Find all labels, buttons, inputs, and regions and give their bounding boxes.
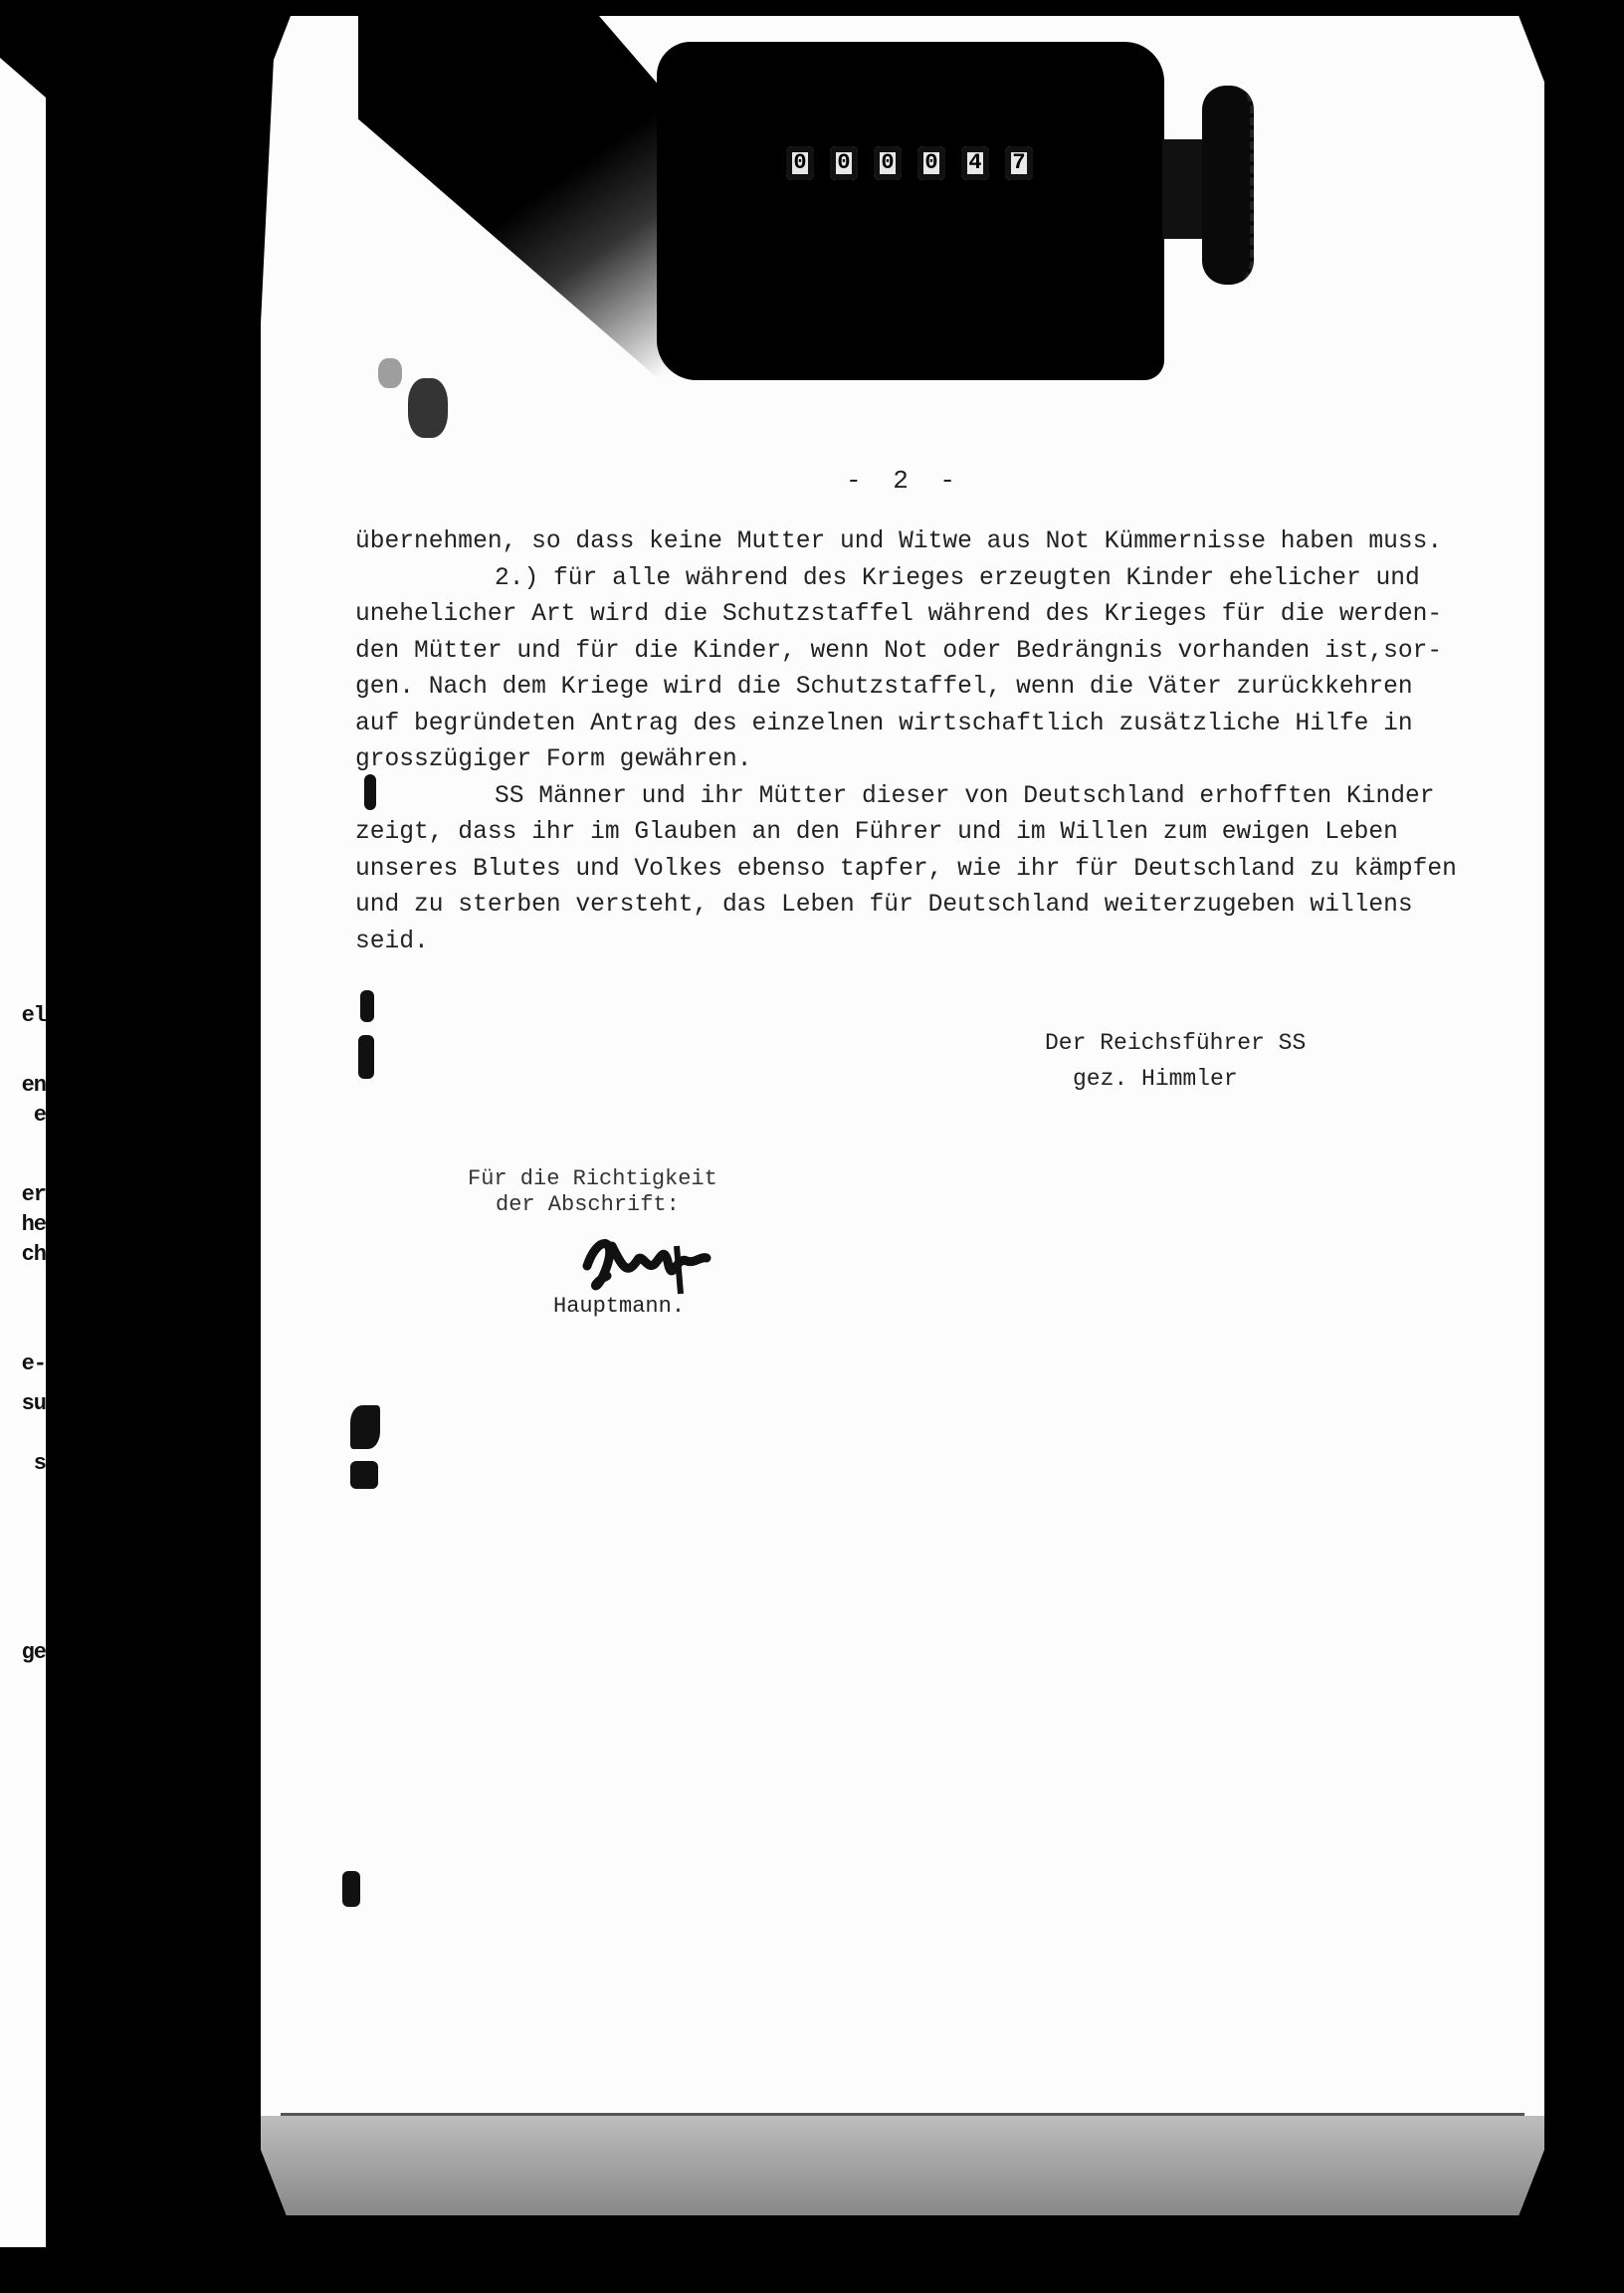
margin-mark <box>360 990 374 1022</box>
counter-digit: 0 <box>874 146 902 180</box>
adjacent-fragment: s <box>0 1451 46 1476</box>
adjacent-page-strip: el en e er he ch e- su s ge <box>0 58 46 2247</box>
body-line: auf begründeten Antrag des einzelnen wir… <box>355 707 1510 743</box>
counter-digit: 7 <box>1005 146 1033 180</box>
document-body: übernehmen, so dass keine Mutter und Wit… <box>355 470 1510 960</box>
handwritten-signature-icon <box>577 1226 716 1296</box>
margin-mark <box>358 1035 374 1079</box>
margin-mark <box>350 1405 380 1449</box>
body-line: den Mütter und für die Kinder, wenn Not … <box>355 634 1510 671</box>
counter-digits: 0 0 0 0 4 7 <box>786 146 1033 180</box>
counter-digit: 0 <box>786 146 814 180</box>
counter-digit: 4 <box>961 146 989 180</box>
adjacent-fragment: ch <box>0 1242 46 1267</box>
margin-mark <box>364 774 376 810</box>
adjacent-fragment: su <box>0 1391 46 1416</box>
body-line: 2.) für alle während des Krieges erzeugt… <box>355 561 1510 598</box>
adjacent-fragment: er <box>0 1182 46 1207</box>
signatory-title: Der Reichsführer SS <box>1045 1025 1306 1061</box>
counter-shaft <box>1162 139 1206 239</box>
adjacent-fragment: he <box>0 1212 46 1237</box>
page-bottom-band <box>261 2116 1544 2215</box>
counter-knob-icon <box>1202 86 1254 285</box>
adjacent-fragment: ge <box>0 1640 46 1665</box>
body-line: SS Männer und ihr Mütter dieser von Deut… <box>355 779 1510 816</box>
certification-line-1: Für die Richtigkeit <box>468 1166 717 1192</box>
body-line: übernehmen, so dass keine Mutter und Wit… <box>355 524 1510 561</box>
frame-counter: 0 0 0 0 4 7 <box>657 42 1164 380</box>
signature-block: Der Reichsführer SS gez. Himmler <box>1045 1025 1306 1097</box>
certifier-rank: Hauptmann. <box>553 1294 685 1319</box>
body-line: seid. <box>355 925 1510 961</box>
body-line: zeigt, dass ihr im Glauben an den Führer… <box>355 815 1510 852</box>
signatory-name: gez. Himmler <box>1045 1061 1306 1097</box>
margin-mark <box>350 1461 378 1489</box>
body-line: gen. Nach dem Kriege wird die Schutzstaf… <box>355 670 1510 707</box>
adjacent-fragment: e <box>0 1103 46 1128</box>
ink-blot <box>378 358 402 388</box>
body-line: unehelicher Art wird die Schutzstaffel w… <box>355 597 1510 634</box>
adjacent-fragment: el <box>0 1003 46 1028</box>
ink-blot <box>408 378 448 438</box>
body-line: unseres Blutes und Volkes ebenso tapfer,… <box>355 852 1510 889</box>
margin-mark <box>342 1871 360 1907</box>
body-line: und zu sterben versteht, das Leben für D… <box>355 888 1510 925</box>
adjacent-fragment: en <box>0 1073 46 1098</box>
certification-block: Für die Richtigkeit der Abschrift: <box>468 1166 717 1218</box>
certification-line-2: der Abschrift: <box>468 1192 717 1218</box>
body-line: grosszügiger Form gewähren. <box>355 742 1510 779</box>
counter-digit: 0 <box>917 146 945 180</box>
counter-digit: 0 <box>830 146 858 180</box>
adjacent-fragment: e- <box>0 1352 46 1376</box>
